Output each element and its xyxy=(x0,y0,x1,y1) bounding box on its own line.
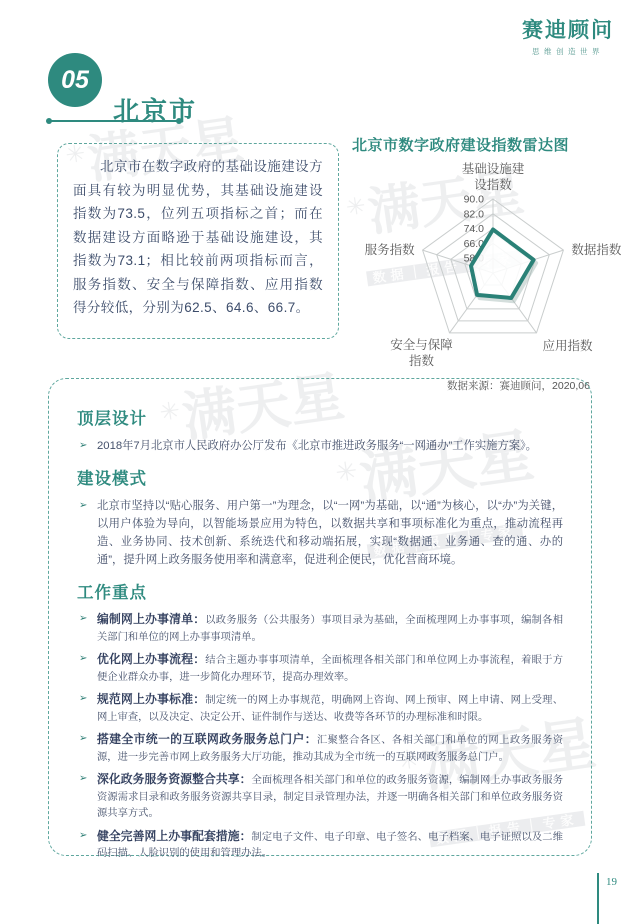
content-box: 顶层设计➢2018年7月北京市人民政府办公厅发布《北京市推进政务服务“一网通办”… xyxy=(48,378,592,856)
bullet-item: ➢深化政务服务资源整合共享：全面梳理各相关部门和单位的政务服务资源，编制网上办事… xyxy=(77,771,563,823)
bullet-arrow-icon: ➢ xyxy=(79,691,87,708)
bullet-arrow-icon: ➢ xyxy=(79,651,87,668)
svg-text:90.0: 90.0 xyxy=(464,194,485,206)
bullet-lead: 健全完善网上办事配套措施： xyxy=(97,829,252,843)
section-title: 北京市 xyxy=(113,91,197,128)
chart-title: 北京市数字政府建设指数雷达图 xyxy=(352,134,630,155)
brand-logo-name: 赛迪顾问 xyxy=(522,14,614,44)
bullet-text: 2018年7月北京市人民政府办公厅发布《北京市推进政务服务“一网通办”工作实施方… xyxy=(97,440,537,452)
svg-text:74.0: 74.0 xyxy=(464,223,485,235)
bullet-list: ➢北京市坚持以“贴心服务、用户第一”为理念，以“一网”为基础，以“通”为核心，以… xyxy=(77,497,563,569)
svg-text:82.0: 82.0 xyxy=(464,208,485,220)
bullet-arrow-icon: ➢ xyxy=(79,497,87,515)
bullet-arrow-icon: ➢ xyxy=(79,731,87,748)
bullet-item: ➢编制网上办事清单：以政务服务（公共服务）事项目录为基础，全面梳理网上办事事项，… xyxy=(77,611,563,646)
content-heading: 建设模式 xyxy=(77,465,563,489)
svg-text:数据指数: 数据指数 xyxy=(571,242,622,257)
bullet-lead: 深化政务服务资源整合共享： xyxy=(97,772,252,786)
bullet-lead: 编制网上办事清单： xyxy=(97,612,205,626)
svg-text:基础设施建: 基础设施建 xyxy=(462,161,525,176)
bullet-item: ➢北京市坚持以“贴心服务、用户第一”为理念，以“一网”为基础，以“通”为核心，以… xyxy=(77,497,563,569)
section-number-badge: 05 xyxy=(48,53,102,107)
bullet-arrow-icon: ➢ xyxy=(79,611,87,628)
bullet-lead: 优化网上办事流程： xyxy=(97,652,205,666)
bullet-item: ➢规范网上办事标准：制定统一的网上办事规范，明确网上咨询、网上预审、网上申请、网… xyxy=(77,691,563,726)
brand-logo: 赛迪顾问 思维创造世界 xyxy=(522,14,614,57)
svg-text:服务指数: 服务指数 xyxy=(365,242,416,257)
content-heading: 工作重点 xyxy=(77,579,563,603)
bullet-arrow-icon: ➢ xyxy=(79,437,87,455)
page-number: 19 xyxy=(606,876,617,888)
bullet-text: 北京市坚持以“贴心服务、用户第一”为理念，以“一网”为基础，以“通”为核心，以“… xyxy=(97,500,563,566)
bullet-item: ➢健全完善网上办事配套措施：制定电子文件、电子印章、电子签名、电子档案、电子证照… xyxy=(77,828,563,863)
brand-logo-tagline: 思维创造世界 xyxy=(522,46,614,57)
section-number: 05 xyxy=(61,66,89,95)
bullet-item: ➢2018年7月北京市人民政府办公厅发布《北京市推进政务服务“一网通办”工作实施… xyxy=(77,437,563,455)
bullet-arrow-icon: ➢ xyxy=(79,828,87,845)
title-divider xyxy=(50,120,178,122)
svg-text:设指数: 设指数 xyxy=(474,177,512,192)
summary-text: 北京市在数字政府的基础设施建设方面具有较为明显优势，其基础设施建设指数为73.5… xyxy=(73,155,323,320)
radar-chart: 90.082.074.066.058.0基础设施建设指数数据指数应用指数安全与保… xyxy=(348,157,630,373)
bullet-lead: 规范网上办事标准： xyxy=(97,692,205,706)
bullet-list: ➢2018年7月北京市人民政府办公厅发布《北京市推进政务服务“一网通办”工作实施… xyxy=(77,437,563,455)
bullet-arrow-icon: ➢ xyxy=(79,771,87,788)
footer-divider-line xyxy=(597,873,599,924)
summary-box: 北京市在数字政府的基础设施建设方面具有较为明显优势，其基础设施建设指数为73.5… xyxy=(57,143,339,339)
bullet-item: ➢优化网上办事流程：结合主题办事事项清单，全面梳理各相关部门和单位网上办事流程，… xyxy=(77,651,563,686)
bullet-item: ➢搭建全市统一的互联网政务服务总门户：汇聚整合各区、各相关部门和单位的网上政务服… xyxy=(77,731,563,766)
svg-text:应用指数: 应用指数 xyxy=(542,338,593,353)
svg-text:指数: 指数 xyxy=(409,353,435,368)
bullet-list: ➢编制网上办事清单：以政务服务（公共服务）事项目录为基础，全面梳理网上办事事项，… xyxy=(77,611,563,863)
content-heading: 顶层设计 xyxy=(77,405,563,429)
svg-text:安全与保障: 安全与保障 xyxy=(390,337,453,352)
bullet-lead: 搭建全市统一的互联网政务服务总门户： xyxy=(97,732,317,746)
radar-chart-block: 北京市数字政府建设指数雷达图 90.082.074.066.058.0基础设施建… xyxy=(348,134,630,393)
